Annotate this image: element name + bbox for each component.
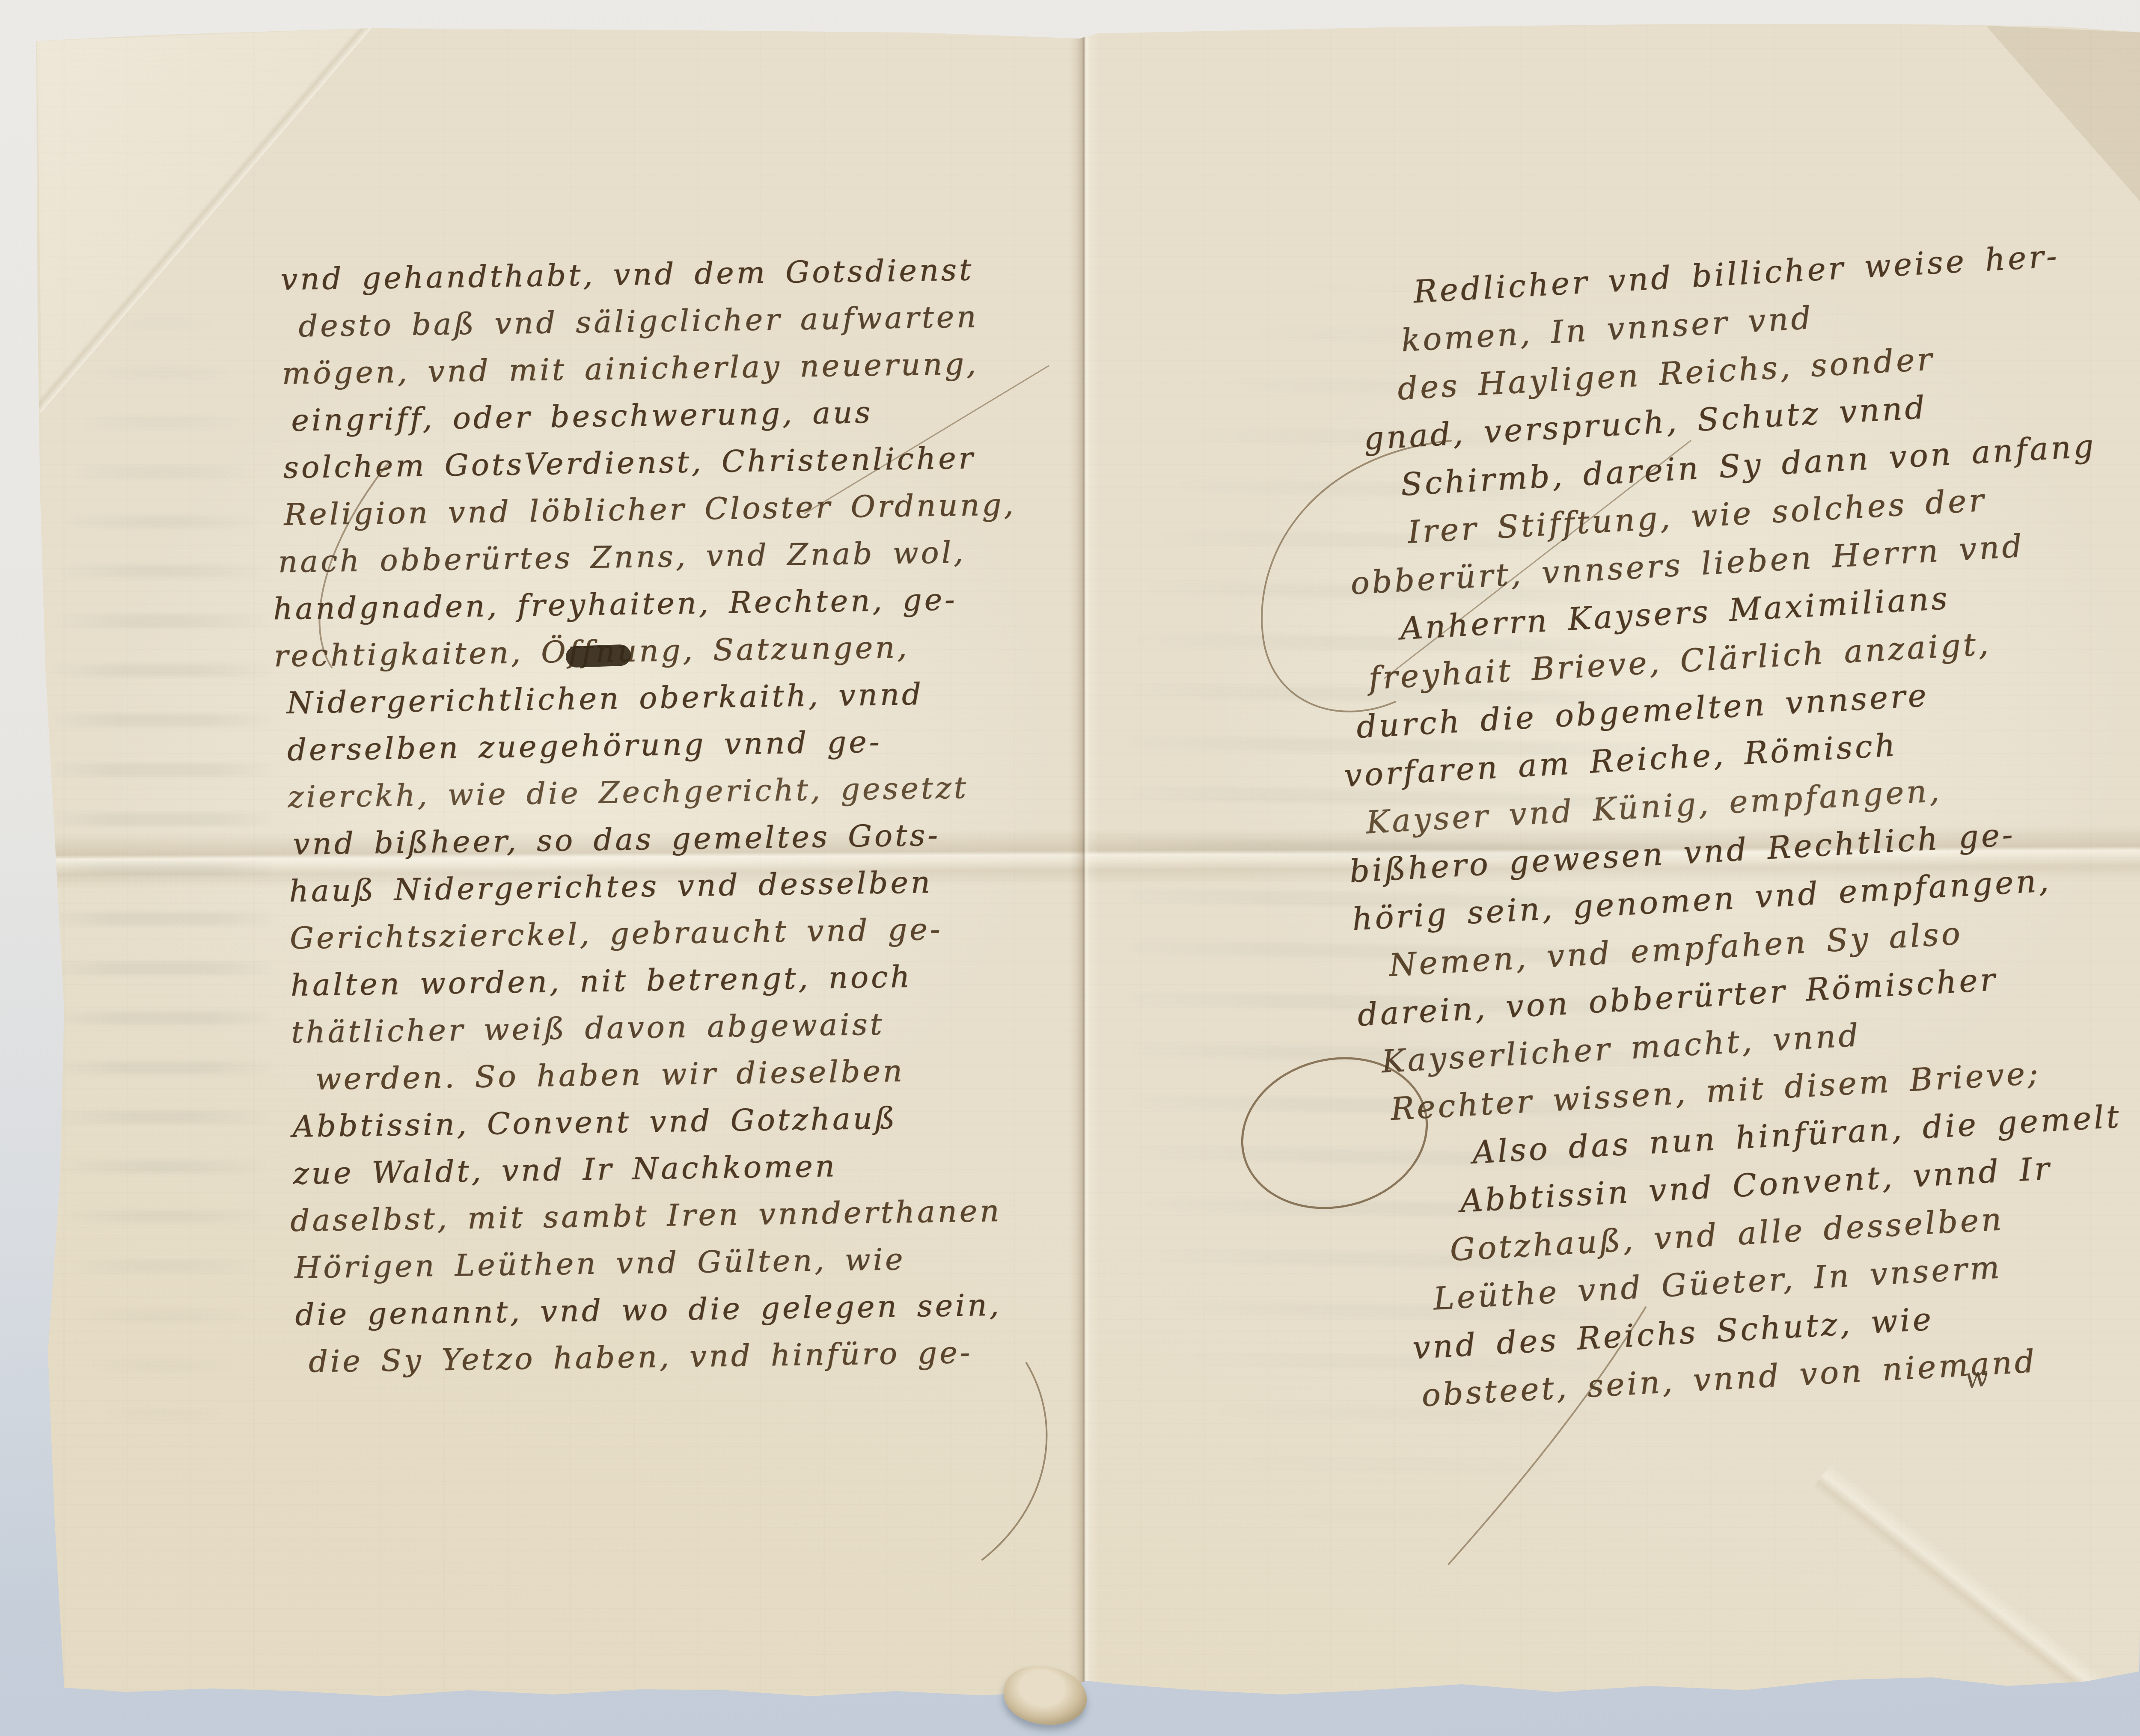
ink-deletion-blot <box>565 644 631 668</box>
left-page: vnd gehandthabt, vnd dem Gotsdienstdesto… <box>280 245 1084 1385</box>
photo-backdrop: vnd gehandthabt, vnd dem Gotsdienstdesto… <box>0 0 2140 1736</box>
scribe-end-mark: w <box>1962 1359 1993 1395</box>
manuscript-sheet: vnd gehandthabt, vnd dem Gotsdienstdesto… <box>0 0 2140 1736</box>
closing-flourish <box>982 1363 1046 1560</box>
right-page: Redlicher vnd billicher weise her-komen,… <box>1316 230 2140 1422</box>
